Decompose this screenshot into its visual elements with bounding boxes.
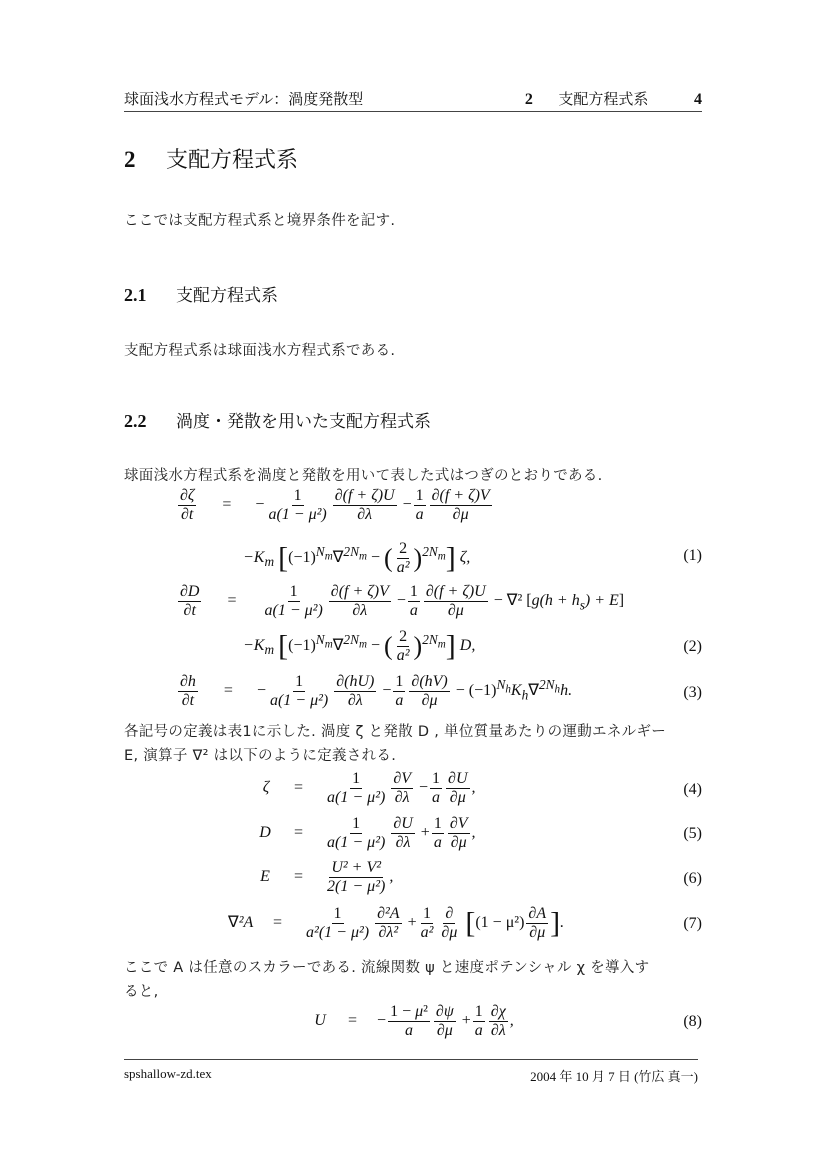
subsection-number: 2.1 [124,285,176,306]
footer-rule [124,1059,698,1060]
subsection-number: 2.2 [124,411,176,432]
section-intro: ここでは支配方程式系と境界条件を記す. [124,209,395,230]
equation-1: ∂ζ∂t = −1a(1 − μ²)∂(f + ζ)U∂λ −1a∂(f + ζ… [176,487,494,524]
section-number: 2 [124,147,166,173]
equation-2-line-2: −Km [(−1)Nm∇2Nm − (2a²)2Nm] D, [243,628,475,665]
equation-2: ∂D∂t = 1a(1 − μ²)∂(f + ζ)V∂λ −1a∂(f + ζ)… [176,583,624,620]
subsection-heading-2-1: 2.1支配方程式系 [124,281,278,306]
equation-label: (6) [683,870,702,888]
subsection-title: 支配方程式系 [176,286,278,306]
equation-5: D = 1a(1 − μ²)∂U∂λ +1a∂V∂μ, [256,815,476,852]
equation-4: ζ = 1a(1 − μ²)∂V∂λ −1a∂U∂μ, [258,770,476,807]
equation-label: (4) [683,781,702,799]
document-title: 球面浅水方程式モデル：渦度発散型 [124,88,363,109]
equation-3: ∂h∂t = −1a(1 − μ²)∂(hU)∂λ −1a∂(hV)∂μ − (… [176,673,572,710]
definitions-text-line-1: 各記号の定義は表1に示した. 渦度 ζ と発散 D , 単位質量あたりの運動エネ… [124,720,666,741]
equation-1-line-2: −Km [(−1)Nm∇2Nm − (2a²)2Nm] ζ, [243,540,470,577]
equation-label: (8) [683,1013,702,1031]
header-right: 2 支配方程式系 4 [525,88,702,109]
page-number: 4 [694,91,702,108]
footer-date-author: 2004 年 10 月 7 日 (竹広 真一) [530,1066,698,1085]
subsection-heading-2-2: 2.2渦度・発散を用いた支配方程式系 [124,407,431,432]
equation-label: (1) [683,547,702,565]
potential-text-line-2: ると, [124,980,159,1001]
footer-filename: spshallow-zd.tex [124,1066,212,1082]
subsection-text: 球面浅水方程式系を渦度と発散を用いて表した式はつぎのとおりである. [124,464,603,485]
running-header: 球面浅水方程式モデル：渦度発散型 2 支配方程式系 4 [124,88,702,110]
header-section-title: 支配方程式系 [558,90,648,108]
equation-label: (3) [683,684,702,702]
definitions-text-line-2: E, 演算子 ∇² は以下のように定義される. [124,744,396,765]
equation-6: E = U² + V²2(1 − μ²), [256,859,393,896]
equation-8: U = −1 − μ²a∂ψ∂μ +1a∂χ∂λ, [312,1003,514,1040]
section-title: 支配方程式系 [166,148,298,173]
equation-label: (7) [683,915,702,933]
section-heading: 2支配方程式系 [124,143,298,174]
equation-7: ∇²A = 1a²(1 − μ²)∂²A∂λ² +1a²∂∂μ [(1 − μ²… [228,905,564,942]
subsection-title: 渦度・発散を用いた支配方程式系 [176,412,431,432]
subsection-text: 支配方程式系は球面浅水方程式系である. [124,339,395,360]
equation-label: (2) [683,638,702,656]
potential-text-line-1: ここで A は任意のスカラーである. 流線関数 ψ と速度ポテンシャル χ を導… [124,956,649,977]
header-rule [124,111,702,112]
equation-label: (5) [683,825,702,843]
header-section-number: 2 [525,91,533,108]
